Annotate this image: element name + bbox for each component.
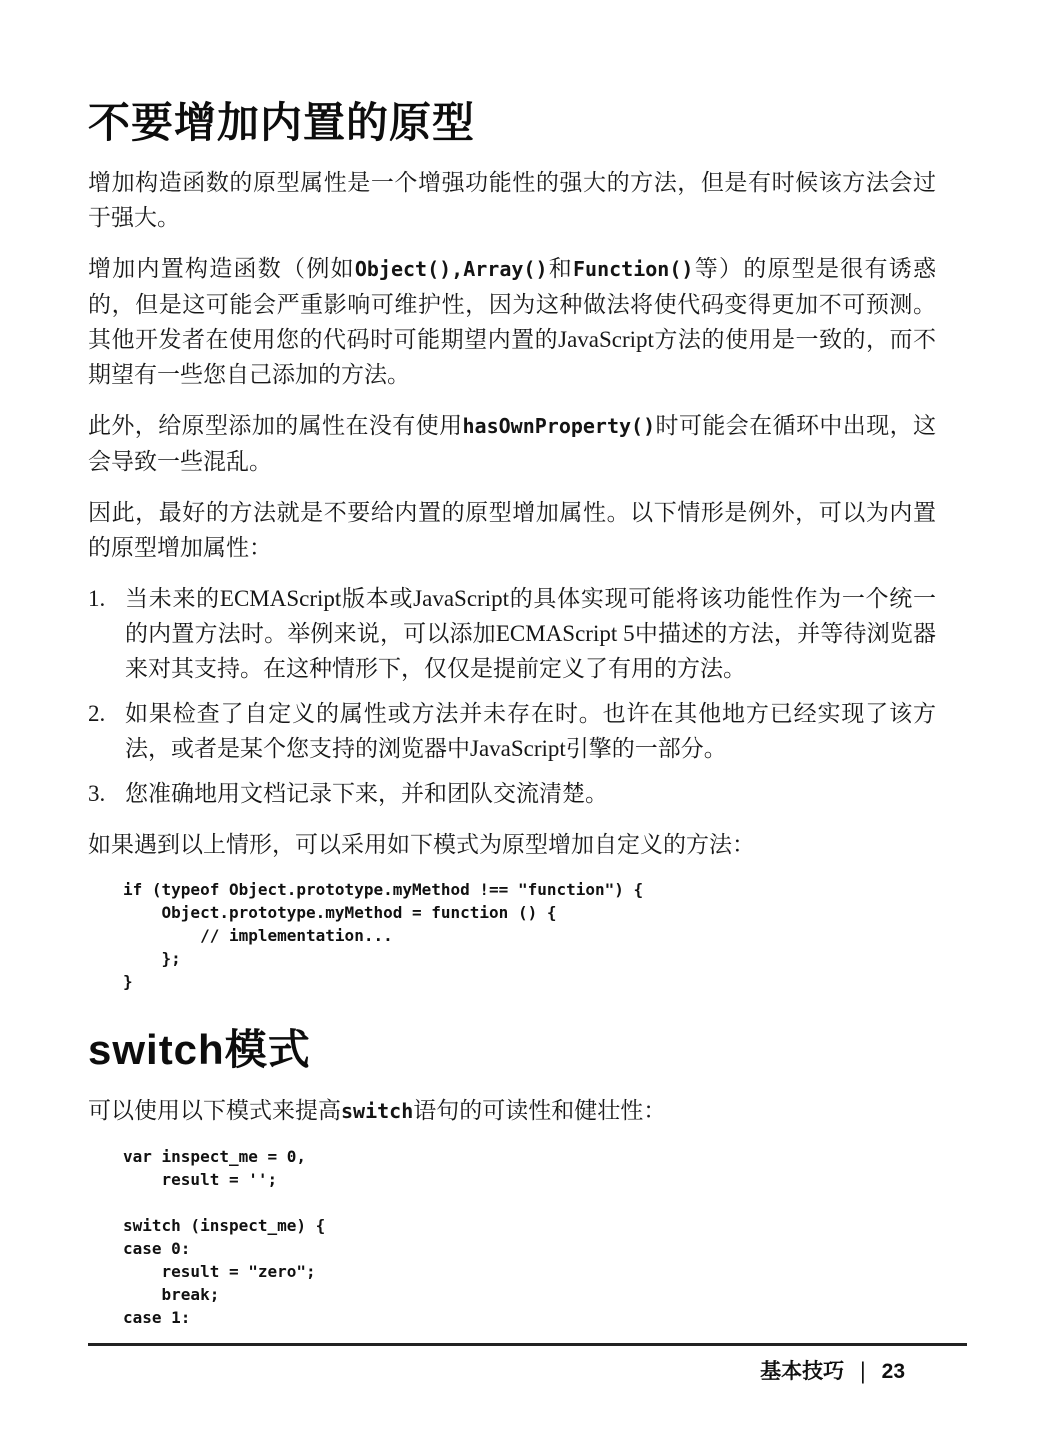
chapter-label: 基本技巧 <box>760 1360 844 1383</box>
paragraph-prototype-intro: 增加构造函数的原型属性是一个增强功能性的强大的方法，但是有时候该方法会过于强大。 <box>88 165 936 235</box>
list-text-3: 您准确地用文档记录下来，并和团队交流清楚。 <box>125 776 936 811</box>
list-number-2: 2. <box>88 696 125 766</box>
code-block-switch-pattern: var inspect_me = 0, result = ''; switch … <box>123 1145 936 1329</box>
code-block-prototype-pattern: if (typeof Object.prototype.myMethod !==… <box>123 878 936 993</box>
list-number-1: 1. <box>88 581 125 686</box>
list-item-1: 1. 当未来的ECMAScript版本或JavaScript的具体实现可能将该功… <box>88 581 936 686</box>
section-title-switch-pattern: switch模式 <box>88 1023 936 1077</box>
list-number-3: 3. <box>88 776 125 811</box>
footer-rule <box>88 1343 967 1346</box>
list-item-3: 3. 您准确地用文档记录下来，并和团队交流清楚。 <box>88 776 936 811</box>
list-item-2: 2. 如果检查了自定义的属性或方法并未存在时。也许在其他地方已经实现了该方法，或… <box>88 696 936 766</box>
list-text-2: 如果检查了自定义的属性或方法并未存在时。也许在其他地方已经实现了该方法，或者是某… <box>125 696 936 766</box>
footer-text: 基本技巧|23 <box>88 1355 967 1385</box>
list-text-1: 当未来的ECMAScript版本或JavaScript的具体实现可能将该功能性作… <box>125 581 936 686</box>
paragraph-pattern-lead-in: 如果遇到以上情形，可以采用如下模式为原型增加自定义的方法： <box>88 827 936 862</box>
book-page: 不要增加内置的原型 增加构造函数的原型属性是一个增强功能性的强大的方法，但是有时… <box>0 0 1054 1441</box>
page-footer: 基本技巧|23 <box>88 1343 967 1385</box>
exceptions-list: 1. 当未来的ECMAScript版本或JavaScript的具体实现可能将该功… <box>88 581 936 811</box>
section-title-no-builtin-prototypes: 不要增加内置的原型 <box>88 97 936 149</box>
page-content: 不要增加内置的原型 增加构造函数的原型属性是一个增强功能性的强大的方法，但是有时… <box>88 0 936 1329</box>
paragraph-builtin-constructors: 增加内置构造函数（例如Object(),Array()和Function()等）… <box>88 251 936 392</box>
paragraph-exceptions-lead-in: 因此，最好的方法就是不要给内置的原型增加属性。以下情形是例外，可以为内置的原型增… <box>88 495 936 565</box>
paragraph-hasownproperty: 此外，给原型添加的属性在没有使用hasOwnProperty()时可能会在循环中… <box>88 408 936 479</box>
page-number: 23 <box>882 1360 905 1383</box>
footer-separator: | <box>860 1359 865 1385</box>
paragraph-switch-lead-in: 可以使用以下模式来提高switch语句的可读性和健壮性： <box>88 1093 936 1129</box>
